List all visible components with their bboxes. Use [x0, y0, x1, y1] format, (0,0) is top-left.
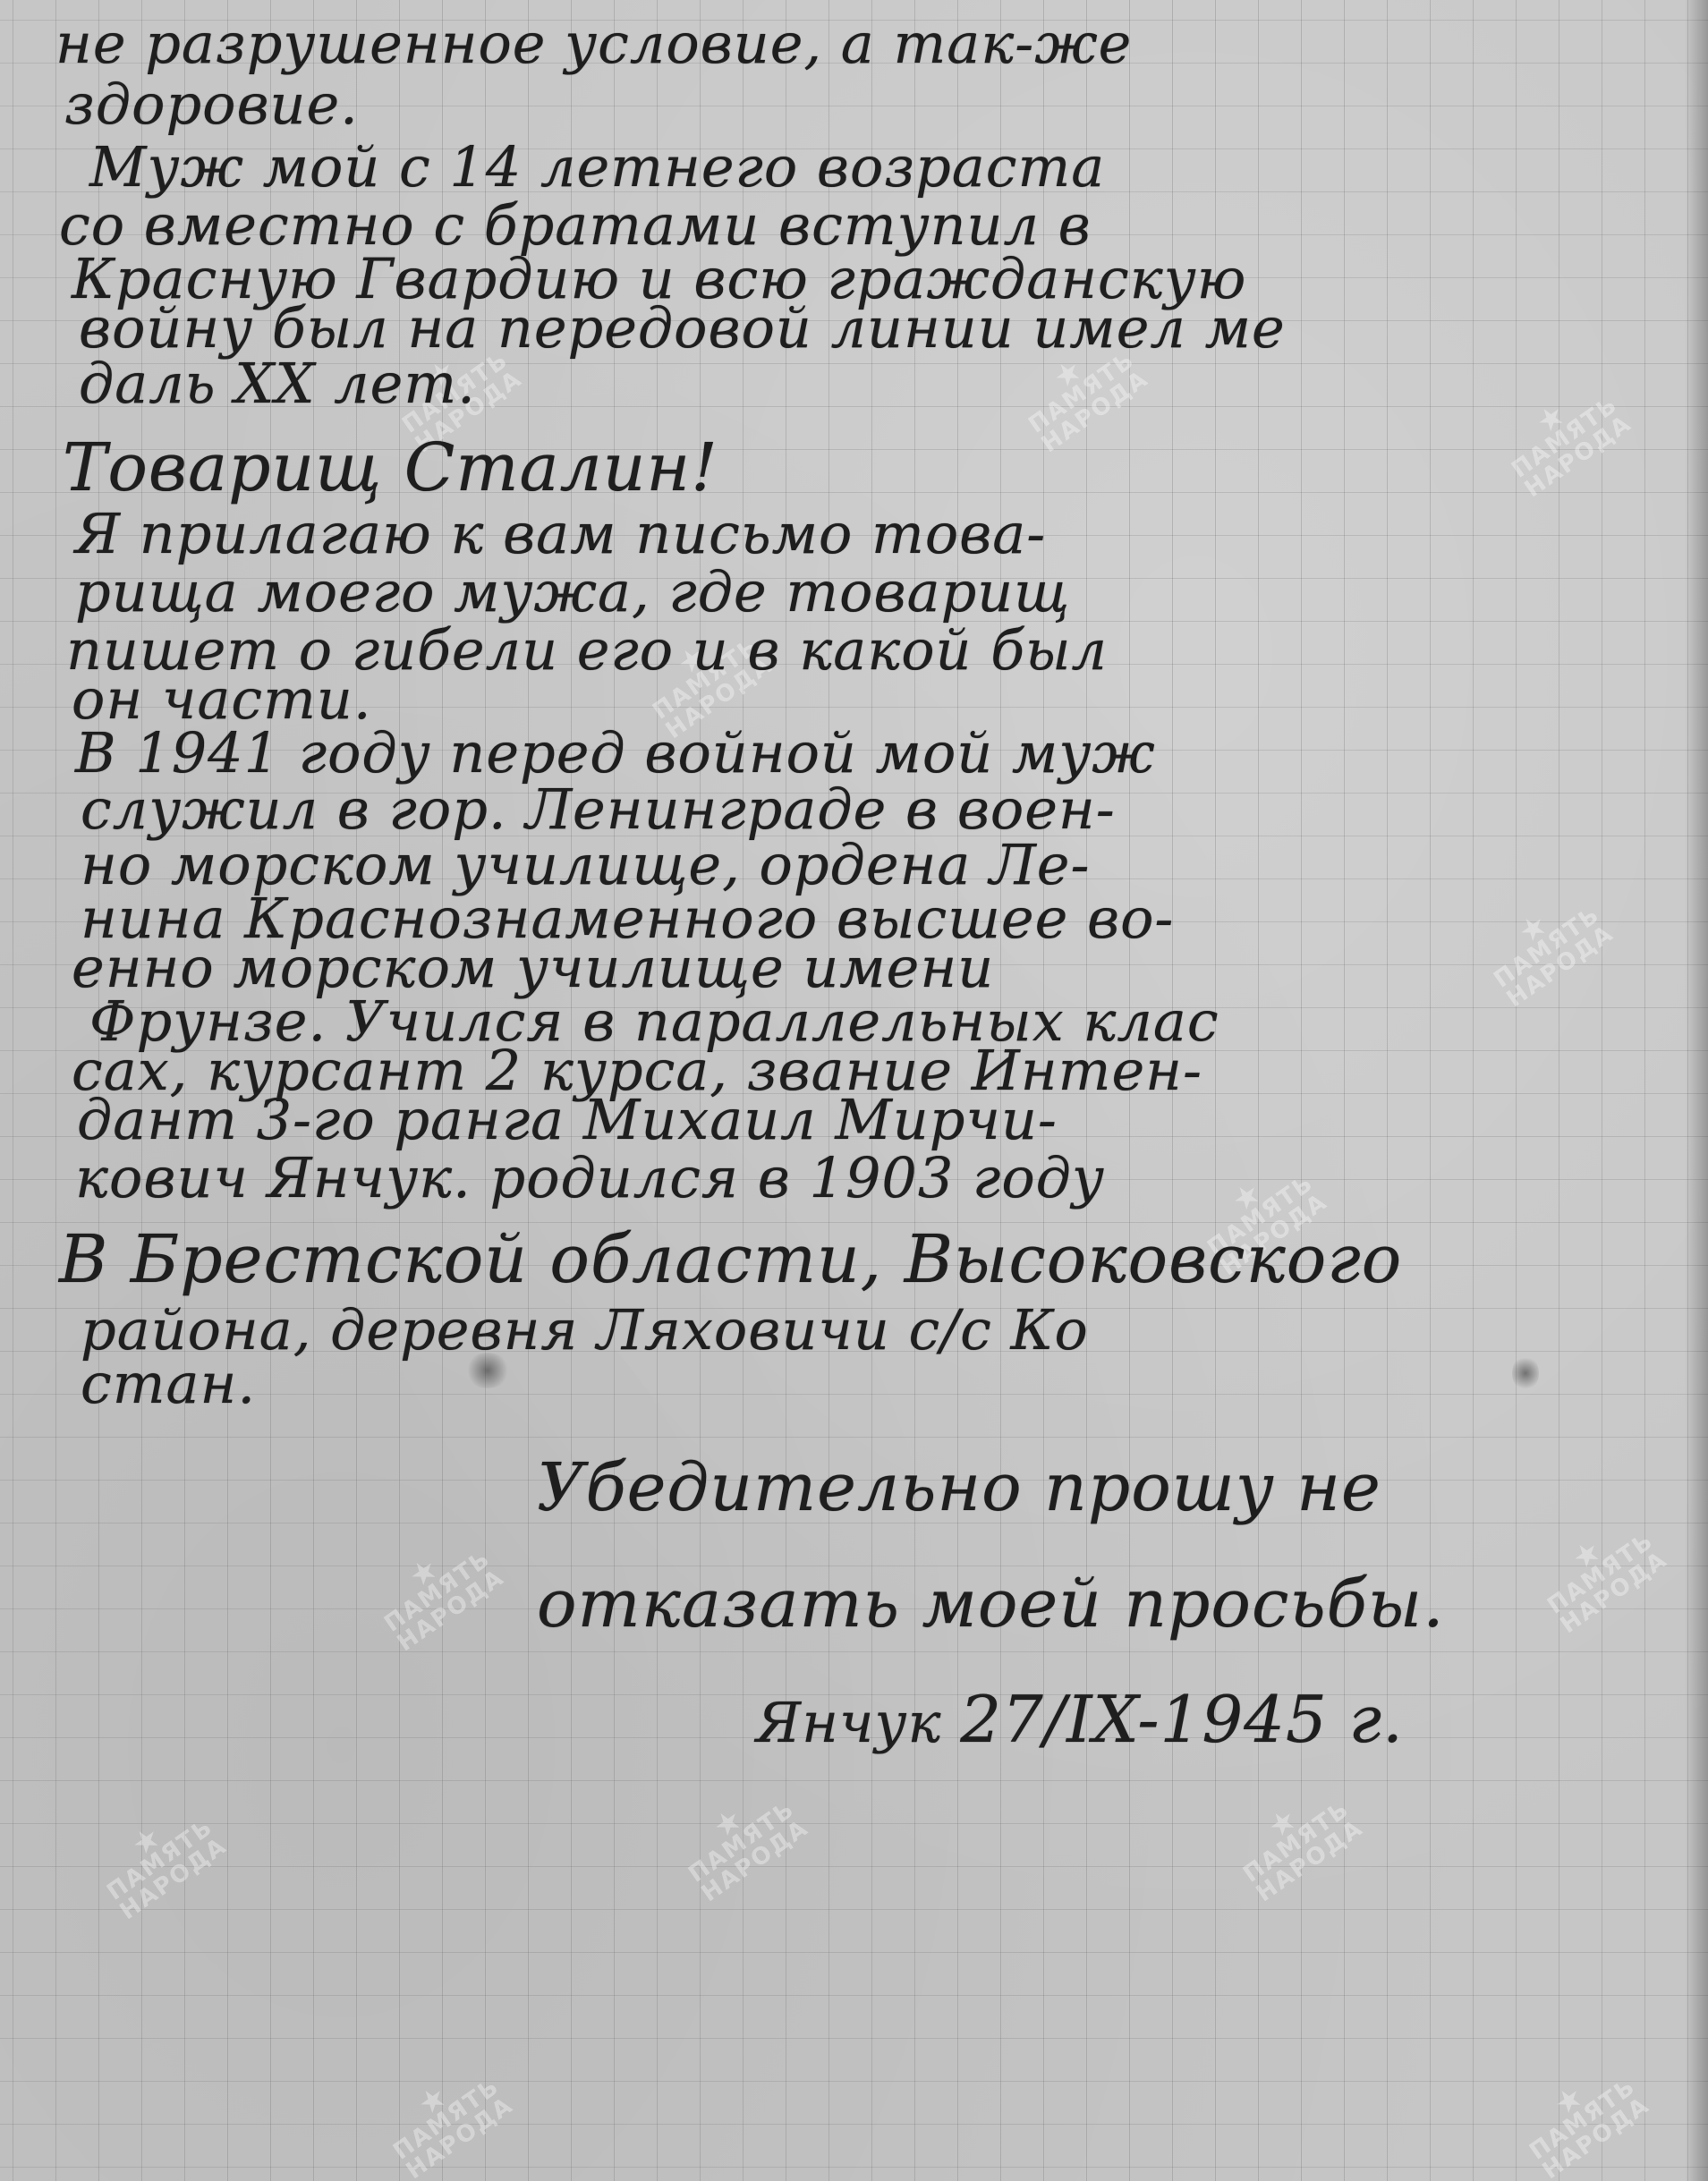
signature-name: Янчук	[756, 1690, 941, 1755]
letter-line: даль XX лет.	[79, 351, 476, 416]
letter-line: кович Янчук. родился в 1903 году	[75, 1145, 1105, 1210]
closing-line: Убедительно прошу не	[537, 1449, 1381, 1526]
watermark: ★ ПАМЯТЬ НАРОДА	[671, 1778, 812, 1905]
letter-line: не разрушенное условие, а так-же	[55, 11, 1132, 76]
signature-date: 27/IX-1945 г.	[960, 1682, 1404, 1757]
watermark: ★ ПАМЯТЬ НАРОДА	[1476, 883, 1618, 1011]
letter-line: Муж мой с 14 летнего возраста	[89, 134, 1105, 199]
watermark: ★ ПАМЯТЬ НАРОДА	[376, 2055, 517, 2181]
closing-line: отказать моей просьбы.	[537, 1566, 1445, 1642]
watermark: ★ ПАМЯТЬ НАРОДА	[367, 1527, 508, 1655]
salutation: Товарищ Сталин!	[63, 429, 718, 506]
letter-line: здоровие.	[64, 72, 359, 137]
watermark: ★ ПАМЯТЬ НАРОДА	[1530, 1509, 1671, 1637]
scanned-letter-page: ★ ПАМЯТЬ НАРОДА ★ ПАМЯТЬ НАРОДА ★ ПАМЯТЬ…	[0, 0, 1708, 2181]
letter-line: Я прилагаю к вам письмо това-	[75, 501, 1046, 566]
watermark: ★ ПАМЯТЬ НАРОДА	[1512, 2055, 1653, 2181]
signature: Янчук 27/IX-1945 г.	[756, 1682, 1404, 1757]
letter-line: стан.	[81, 1351, 256, 1416]
ink-smudge	[1512, 1355, 1539, 1391]
watermark: ★ ПАМЯТЬ НАРОДА	[1494, 373, 1636, 501]
letter-line: В Брестской области, Высоковского	[59, 1221, 1402, 1298]
scan-edge-shadow	[1685, 0, 1708, 2181]
watermark: ★ ПАМЯТЬ НАРОДА	[1226, 1778, 1367, 1905]
watermark: ★ ПАМЯТЬ НАРОДА	[89, 1795, 231, 1923]
letter-line: рища моего мужа, где товарищ	[75, 559, 1070, 624]
letter-line: дант 3-го ранга Михаил Мирчи-	[77, 1087, 1058, 1152]
